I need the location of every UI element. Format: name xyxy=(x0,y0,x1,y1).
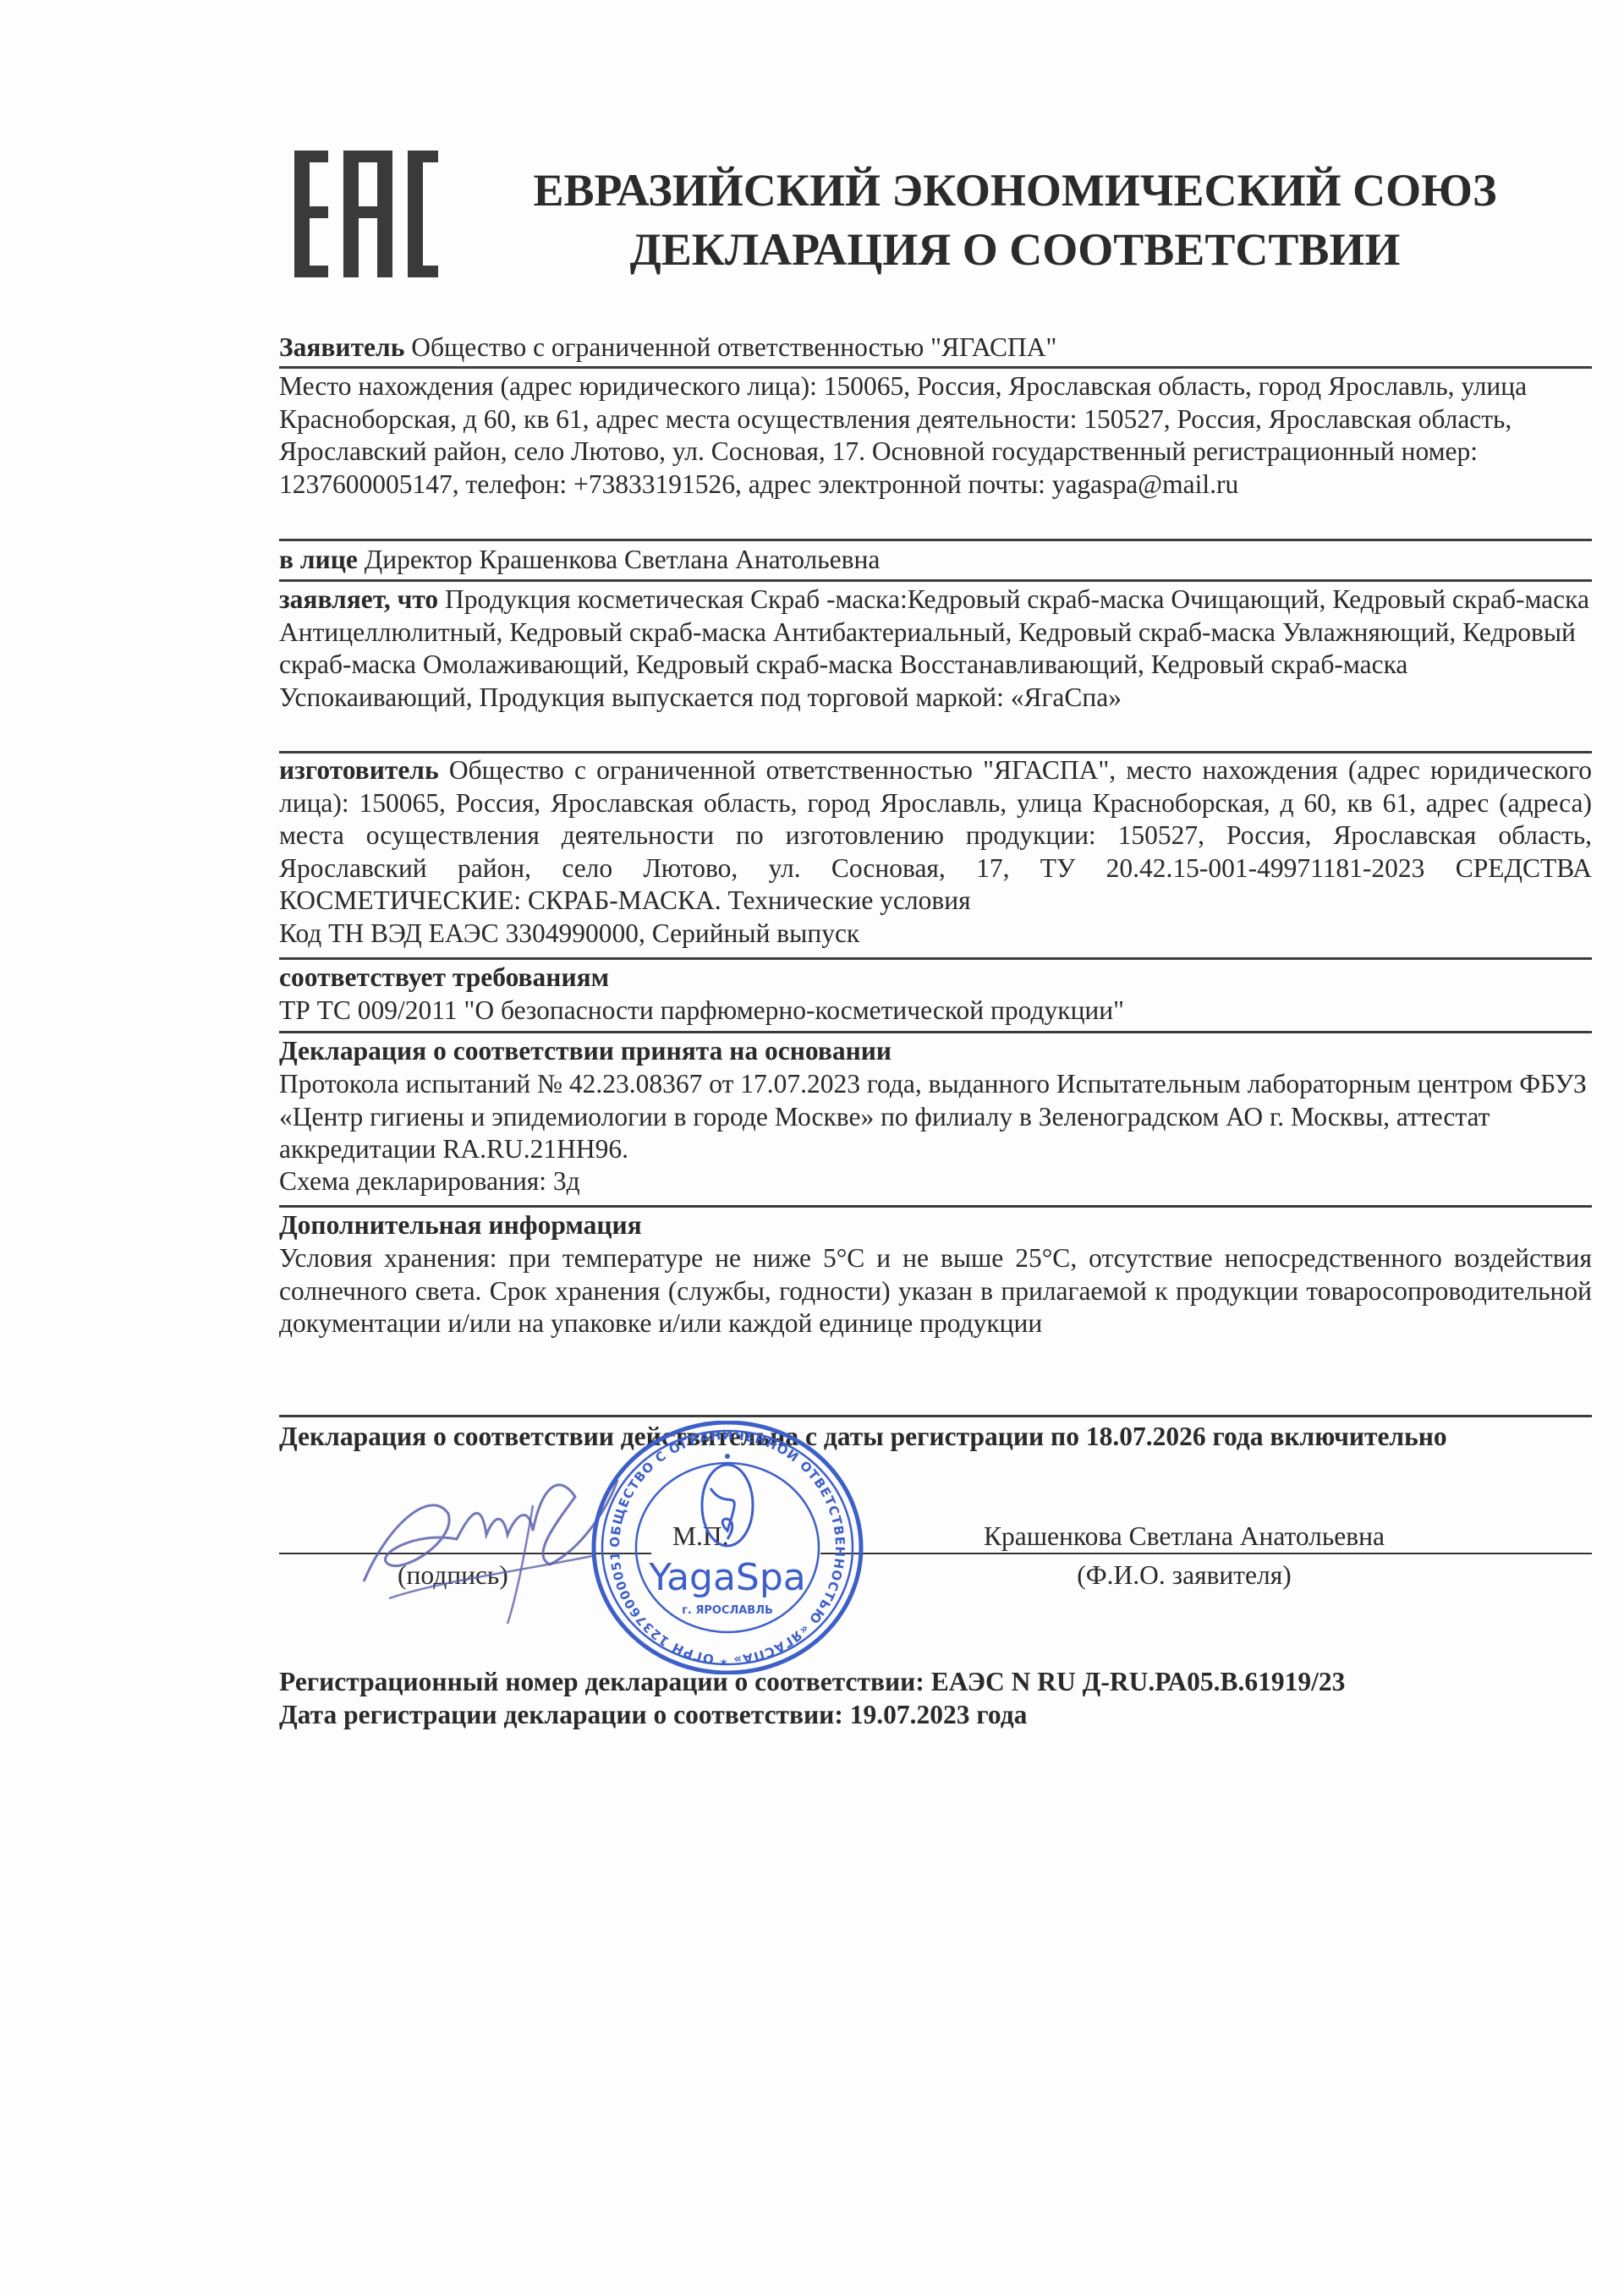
basis-scheme: Схема декларирования: 3д xyxy=(279,1165,1592,1198)
title-union: ЕВРАЗИЙСКИЙ ЭКОНОМИЧЕСКИЙ СОЮЗ xyxy=(465,161,1565,220)
manufacturer-value: Общество с ограниченной ответственностью… xyxy=(279,755,1592,915)
applicant-section: Заявитель Общество с ограниченной ответс… xyxy=(279,332,1592,364)
declares-section: заявляет, что Продукция косметическая Ск… xyxy=(279,584,1592,714)
complies-value: ТР ТС 009/2011 "О безопасности парфюмерн… xyxy=(279,995,1592,1027)
stamp-city: г. ЯРОСЛАВЛЬ xyxy=(682,1604,773,1617)
applicant-name: Общество с ограниченной ответственностью… xyxy=(411,332,1056,362)
basis-label: Декларация о соответствии принята на осн… xyxy=(279,1035,1592,1068)
stamp-brand: YagaSpa xyxy=(648,1556,806,1599)
registration-number-label: Регистрационный номер декларации о соотв… xyxy=(279,1667,924,1696)
manufacturer-section: изготовитель Общество с ограниченной отв… xyxy=(279,754,1592,918)
title-declaration: ДЕКЛАРАЦИЯ О СООТВЕТСТВИИ xyxy=(465,220,1565,279)
registration-date-value: 19.07.2023 года xyxy=(850,1700,1028,1729)
divider xyxy=(279,1031,1592,1033)
registration-date-label: Дата регистрации декларации о соответств… xyxy=(279,1700,843,1729)
registration-date: Дата регистрации декларации о соответств… xyxy=(279,1699,1592,1732)
divider xyxy=(279,1205,1592,1208)
signer-name: Крашенкова Светлана Анатольевна xyxy=(930,1521,1438,1553)
document-title: ЕВРАЗИЙСКИЙ ЭКОНОМИЧЕСКИЙ СОЮЗ ДЕКЛАРАЦИ… xyxy=(465,161,1565,279)
divider xyxy=(279,366,1592,369)
divider xyxy=(279,579,1592,582)
additional-label: Дополнительная информация xyxy=(279,1209,1592,1242)
manufacturer-code: Код ТН ВЭД ЕАЭС 3304990000, Серийный вып… xyxy=(279,918,1592,951)
divider xyxy=(279,751,1592,753)
validity-text: Декларация о соответствии действительна … xyxy=(279,1421,1592,1454)
declares-value: Продукция косметическая Скраб -маска:Кед… xyxy=(279,584,1589,712)
applicant-address: Место нахождения (адрес юридического лиц… xyxy=(279,370,1592,501)
complies-label: соответствует требованиям xyxy=(279,962,1592,995)
manufacturer-label: изготовитель xyxy=(279,755,439,785)
represented-by-label: в лице xyxy=(279,545,358,574)
basis-value: Протокола испытаний № 42.23.08367 от 17.… xyxy=(279,1068,1592,1166)
represented-by-value: Директор Крашенкова Светлана Анатольевна xyxy=(365,545,881,574)
represented-by-section: в лице Директор Крашенкова Светлана Анат… xyxy=(279,544,1592,577)
divider xyxy=(279,1415,1592,1417)
eac-logo-icon xyxy=(294,151,438,277)
divider xyxy=(279,539,1592,541)
divider xyxy=(279,957,1592,960)
declares-label: заявляет, что xyxy=(279,584,438,614)
registration-number-value: ЕАЭС N RU Д-RU.РА05.В.61919/23 xyxy=(931,1667,1346,1696)
registration-number: Регистрационный номер декларации о соотв… xyxy=(279,1666,1592,1699)
additional-value: Условия хранения: при температуре не ниж… xyxy=(279,1242,1592,1340)
signer-caption: (Ф.И.О. заявителя) xyxy=(930,1559,1438,1592)
applicant-label: Заявитель xyxy=(279,332,404,362)
company-stamp-icon: ОБЩЕСТВО С ОГРАНИЧЕННОЙ ОТВЕТСТВЕННОСТЬЮ… xyxy=(584,1421,871,1674)
